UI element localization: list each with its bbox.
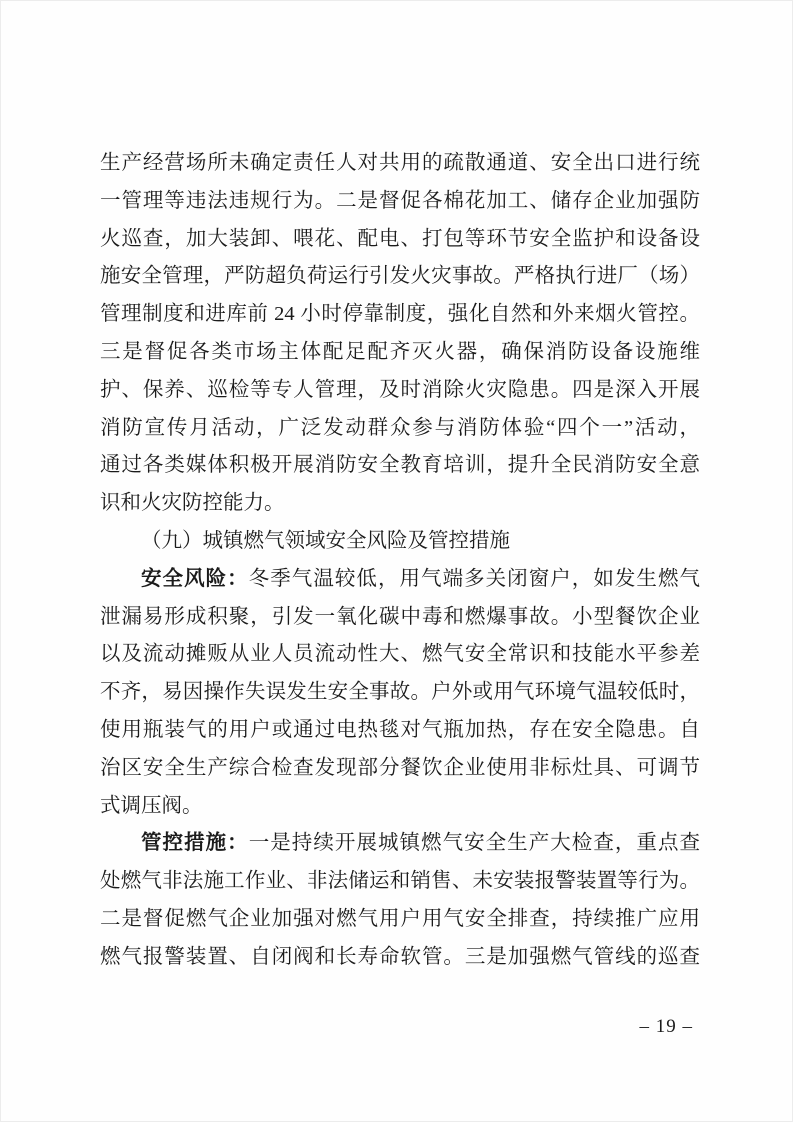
body-line: 安全风险：冬季气温较低，用气端多关闭窗户，如发生燃气 bbox=[100, 561, 700, 599]
measures-label: 管控措施： bbox=[141, 832, 249, 854]
page-number: – 19 – bbox=[640, 1016, 694, 1038]
line-text: 冬季气温较低，用气端多关闭窗户，如发生燃气 bbox=[249, 568, 700, 590]
body-line: 不齐，易因操作失误发生安全事故。户外或用气环境气温较低时， bbox=[100, 674, 700, 712]
body-line: 管理制度和进库前 24 小时停靠制度，强化自然和外来烟火管控。 bbox=[100, 296, 700, 334]
body-line: 识和火灾防控能力。 bbox=[100, 485, 700, 523]
body-line: 生产经营场所未确定责任人对共用的疏散通道、安全出口进行统 bbox=[100, 145, 700, 183]
body-line: 二是督促燃气企业加强对燃气用户用气安全排查，持续推广应用 bbox=[100, 901, 700, 939]
body-line: 消防宣传月活动，广泛发动群众参与消防体验“四个一”活动， bbox=[100, 410, 700, 448]
body-line: 处燃气非法施工作业、非法储运和销售、未安装报警装置等行为。 bbox=[100, 863, 700, 901]
body-line: 通过各类媒体积极开展消防安全教育培训，提升全民消防安全意 bbox=[100, 447, 700, 485]
body-line: 燃气报警装置、自闭阀和长寿命软管。三是加强燃气管线的巡查 bbox=[100, 939, 700, 977]
document-page: 生产经营场所未确定责任人对共用的疏散通道、安全出口进行统 一管理等违法违规行为。… bbox=[0, 0, 793, 1122]
body-line: 泄漏易形成积聚，引发一氧化碳中毒和燃爆事故。小型餐饮企业 bbox=[100, 599, 700, 637]
section-heading: （九）城镇燃气领域安全风险及管控措施 bbox=[100, 523, 700, 561]
body-line: 管控措施：一是持续开展城镇燃气安全生产大检查，重点查 bbox=[100, 825, 700, 863]
page-body: 生产经营场所未确定责任人对共用的疏散通道、安全出口进行统 一管理等违法违规行为。… bbox=[100, 145, 700, 977]
body-line: 以及流动摊贩从业人员流动性大、燃气安全常识和技能水平参差 bbox=[100, 636, 700, 674]
body-line: 火巡查，加大装卸、喂花、配电、打包等环节安全监护和设备设 bbox=[100, 221, 700, 259]
body-line: 一管理等违法违规行为。二是督促各棉花加工、储存企业加强防 bbox=[100, 183, 700, 221]
body-line: 式调压阀。 bbox=[100, 788, 700, 826]
body-line: 治区安全生产综合检查发现部分餐饮企业使用非标灶具、可调节 bbox=[100, 750, 700, 788]
body-line: 三是督促各类市场主体配足配齐灭火器，确保消防设备设施维 bbox=[100, 334, 700, 372]
body-line: 护、保养、巡检等专人管理，及时消除火灾隐患。四是深入开展 bbox=[100, 372, 700, 410]
body-line: 施安全管理，严防超负荷运行引发火灾事故。严格执行进厂（场） bbox=[100, 258, 700, 296]
body-line: 使用瓶装气的用户或通过电热毯对气瓶加热，存在安全隐患。自 bbox=[100, 712, 700, 750]
risk-label: 安全风险： bbox=[141, 568, 249, 590]
line-text: 一是持续开展城镇燃气安全生产大检查，重点查 bbox=[249, 832, 700, 854]
